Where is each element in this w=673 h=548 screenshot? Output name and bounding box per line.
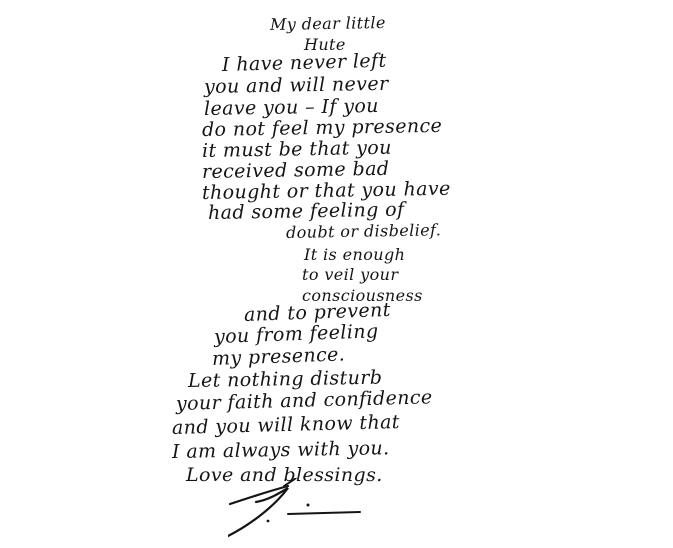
handwritten-letter-page: My dear little Hute I have never left yo… — [0, 0, 673, 548]
salutation-line-1: My dear little — [270, 12, 386, 36]
letter-line: you from feeling — [214, 320, 379, 348]
letter-line: my presence. — [212, 343, 346, 370]
letter-line: I have never left — [222, 50, 387, 76]
letter-line: doubt or disbelief. — [286, 219, 442, 244]
signature-mark — [228, 478, 368, 538]
letter-line: you and will never — [204, 73, 389, 98]
letter-line: and you will know that — [172, 411, 400, 439]
letter-line: I am always with you. — [172, 437, 390, 463]
letter-line: to veil your — [302, 264, 398, 286]
letter-line: It is enough — [304, 244, 405, 266]
